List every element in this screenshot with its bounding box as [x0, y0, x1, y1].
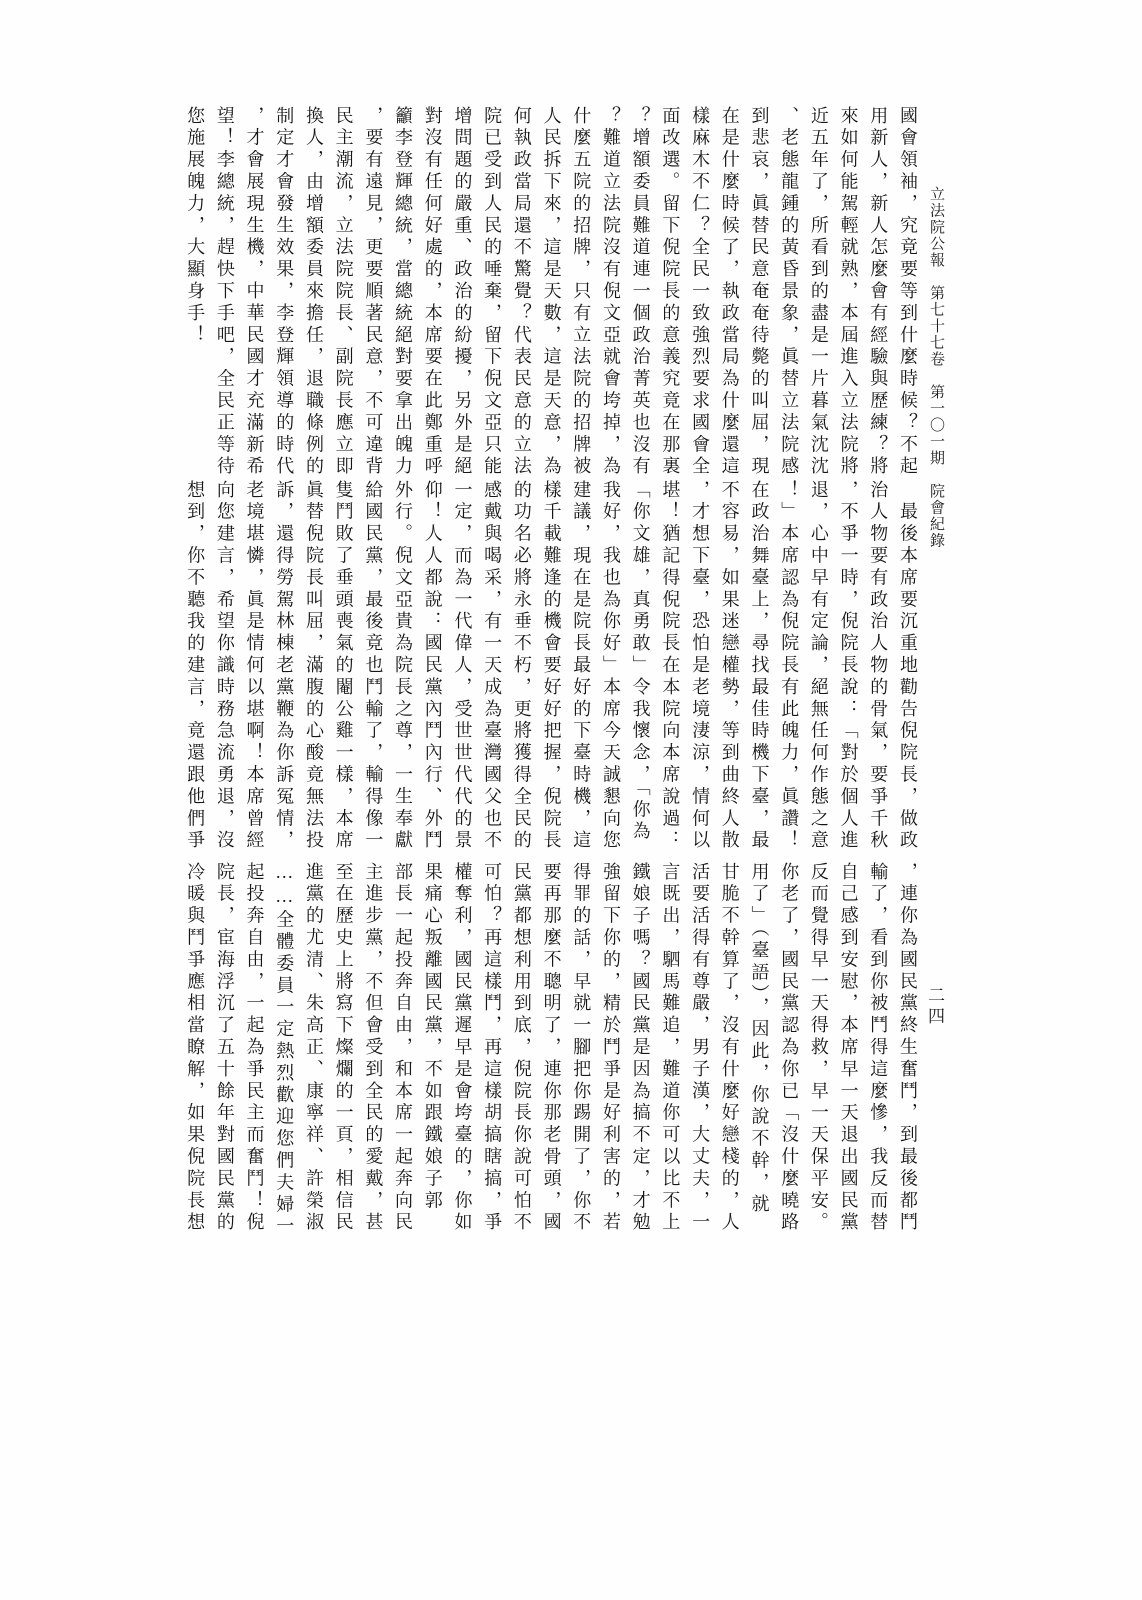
text-column: 制定才會發生效果，李登輝領導的時代	[269, 106, 299, 478]
text-column: 仰！人人都說：國民黨內鬥內行、外鬥	[417, 480, 447, 852]
gazette-scanned-page: 立法院公報 第七十七卷 第一〇一期 院會紀錄 二四 國會領袖，究竟要等到什麼時候…	[0, 0, 1142, 1600]
text-block-bottom: ，連你為國民黨終生奮鬥，到最後都鬥輸了，看到你被鬥得這麼慘，我反而替自己感到安慰…	[180, 862, 922, 1234]
text-column: 我好，我也為你好」本席今天誠懇向您	[595, 480, 625, 852]
text-column: 言既出，駟馬難追，難道你可以比不上	[655, 862, 685, 1234]
text-column: 增問題的嚴重、政治的紛擾，另外是絕	[447, 106, 477, 478]
text-column: 主進步黨，不但會受到全民的愛戴，甚	[358, 862, 388, 1234]
text-column: 籲李登輝總統，當總統絕對要拿出魄力	[387, 106, 417, 478]
text-block-middle: 最後本席要沉重地勸告倪院長，做政治人物要有政治人物的骨氣，要爭千秋，不爭一時，倪…	[180, 480, 922, 852]
text-block-top: 國會領袖，究竟要等到什麼時候？不起用新人，新人怎麼會有經驗與歷練？將來如何能駕輕…	[180, 106, 922, 478]
text-column: 建議，現在是院長最好的下臺時機，這	[566, 480, 596, 852]
text-column: ！」本席認為倪院長有此魄力，眞讚！	[773, 480, 803, 852]
text-column: 何執政當局還不驚覺？代表民意的立法	[506, 106, 536, 478]
text-column: 的功名必將永垂不朽，更將獲得全民的	[506, 480, 536, 852]
text-column: 院長，宦海浮沉了五十餘年對國民黨的	[209, 862, 239, 1234]
text-column: 活要活得有尊嚴，男子漢，大丈夫，一	[684, 862, 714, 1234]
text-column: 甘脆不幹算了，沒有什麼好戀棧的，人	[714, 862, 744, 1234]
text-column: 你老了，國民黨認為你已「沒什麼曉路	[773, 862, 803, 1234]
text-column: 不容易，如果迷戀權勢，等到曲終人散	[714, 480, 744, 852]
text-column: 一定，而為一代偉人，受世世代代的景	[447, 480, 477, 852]
text-column: 國會領袖，究竟要等到什麼時候？不起	[892, 106, 922, 478]
text-column: 要再那麼不聰明了，連你那老骨頭，國	[536, 862, 566, 1234]
text-column: 老境堪憐，眞是情何以堪啊！本席曾經	[239, 480, 269, 852]
text-column: 輸了，看到你被鬥得這麼慘，我反而替	[863, 862, 893, 1234]
text-column: 您施展魄力，大顯身手！	[179, 106, 209, 478]
text-column: 部長一起投奔自由，和本席一起奔向民	[387, 862, 417, 1234]
text-column: 外行。倪文亞貴為院長之尊，一生奉獻	[387, 480, 417, 852]
text-column: 用新人，新人怎麼會有經驗與歷練？將	[863, 106, 893, 478]
text-column: 可怕？再這樣鬥，再這樣胡搞瞎搞，爭	[476, 862, 506, 1234]
text-column: 換人，由增額委員來擔任，退職條例的	[298, 106, 328, 478]
text-column: 得罪的話，早就一腳把你踢開了，你不	[566, 862, 596, 1234]
text-column: 樣千載難逢的機會要好好把握，倪院長	[536, 480, 566, 852]
text-column: 什麼五院的招牌，只有立法院的招牌被	[566, 106, 596, 478]
text-column: ，才會展現生機，中華民國才充滿新希	[239, 106, 269, 478]
text-column: 治人物要有政治人物的骨氣，要爭千秋	[863, 480, 893, 852]
text-column: 最後本席要沉重地勸告倪院長，做政	[892, 480, 922, 852]
text-column: 望！李總統，趕快下手吧，全民正等待	[209, 106, 239, 478]
text-column: 反而覺得早一天得救，早一天保平安。	[803, 862, 833, 1234]
text-column: 想到，你不聽我的建言，竟還跟他們爭	[179, 480, 209, 852]
text-column: 退，心中早有定論，絕無任何作態之意	[803, 480, 833, 852]
text-column: 感戴與喝采，有一天成為臺灣國父也不	[476, 480, 506, 852]
text-column: 、老態龍鍾的黃昏景象，眞替立法院感	[773, 106, 803, 478]
text-column: ，才想下臺，恐怕是老境淒涼，情何以	[684, 480, 714, 852]
text-column: 在政治舞臺上，尋找最佳時機下臺，最	[744, 480, 774, 852]
text-column: 果痛心叛離國民黨，不如跟鐵娘子郭	[417, 862, 447, 1234]
text-column: 人民拆下來，這是天數，這是天意，為	[536, 106, 566, 478]
page-number: 二四	[922, 986, 947, 1028]
text-column: ？增額委員難道連一個政治菁英也沒有	[625, 106, 655, 478]
text-column: 近五年了，所看到的盡是一片暮氣沈沈	[803, 106, 833, 478]
text-column: 訴，還得勞駕林棟老黨鞭為你訴冤情，	[269, 480, 299, 852]
text-column: 權奪利，國民黨遲早是會垮臺的，你如	[447, 862, 477, 1234]
text-column: 起投奔自由，一起為爭民主而奮鬥！倪	[239, 862, 269, 1234]
text-column: 樣麻木不仁？全民一致強烈要求國會全	[684, 106, 714, 478]
text-column: ？難道立法院沒有倪文亞就會垮掉，為	[595, 106, 625, 478]
text-column: 隻鬥敗了垂頭喪氣的閹公雞一樣，本席	[328, 480, 358, 852]
text-column: 向您建言，希望你識時務急流勇退，沒	[209, 480, 239, 852]
text-column: 來如何能駕輕就熟，本屆進入立法院將	[833, 106, 863, 478]
text-column: 民主潮流，立法院院長、副院長應立即	[328, 106, 358, 478]
text-column: 「你文雄，真勇敢」令我懷念，「你為	[625, 480, 655, 852]
text-column: ，連你為國民黨終生奮鬥，到最後都鬥	[892, 862, 922, 1234]
text-column: ，不爭一時，倪院長說：「對於個人進	[833, 480, 863, 852]
gazette-running-header: 立法院公報 第七十七卷 第一〇一期 院會紀錄	[926, 186, 947, 549]
text-column: 在是什麼時候了，執政當局為什麼還這	[714, 106, 744, 478]
text-column: 冷暖與鬥爭應相當瞭解，如果倪院長想	[179, 862, 209, 1234]
text-column: ，要有遠見，更要順著民意，不可違背	[358, 106, 388, 478]
text-column: 對沒有任何好處的，本席要在此鄭重呼	[417, 106, 447, 478]
text-column: 強留下你的，精於鬥爭是好利害的，若	[595, 862, 625, 1234]
text-column: 面改選。留下倪院長的意義究竟在那裏	[655, 106, 685, 478]
text-column: 自己感到安慰，本席早一天退出國民黨	[833, 862, 863, 1234]
text-column: 民黨都想利用到底，倪院長你說可怕不	[506, 862, 536, 1234]
text-column: 鐵娘子嗎？國民黨是因為搞不定，才勉	[625, 862, 655, 1234]
text-column: 進黨的尤清、朱高正、康寧祥、許榮淑	[298, 862, 328, 1234]
text-column: 院已受到人民的唾棄，留下倪文亞只能	[476, 106, 506, 478]
text-column: ……全體委員一定熱烈歡迎您們夫婦一	[269, 862, 299, 1234]
text-column: 眞替倪院長叫屈，滿腹的心酸竟無法投	[298, 480, 328, 852]
text-column: 至在歷史上將寫下燦爛的一頁，相信民	[328, 862, 358, 1234]
text-column: 到悲哀，眞替民意奄奄待斃的叫屈，現	[744, 106, 774, 478]
text-column: 堪！猶記得倪院長在本院向本席說過：	[655, 480, 685, 852]
text-column: 用了」（臺語），因此，你說不幹，就	[744, 862, 774, 1234]
text-column: 給國民黨，最後竟也鬥輸了，輸得像一	[358, 480, 388, 852]
